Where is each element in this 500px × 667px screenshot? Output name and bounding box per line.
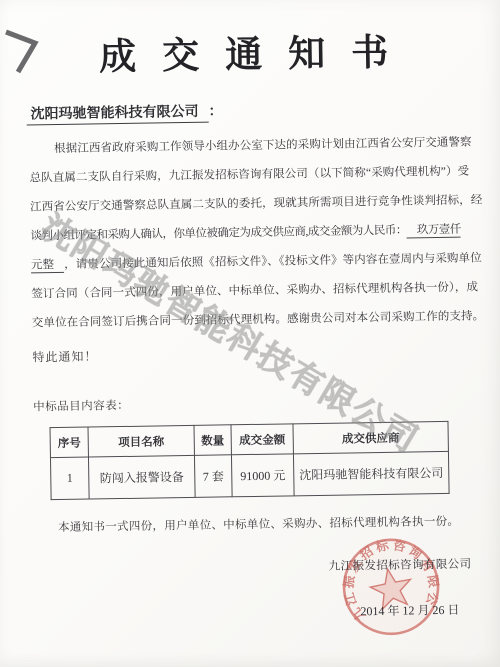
header-project-name: 项目名称	[88, 425, 194, 457]
page-title: 成交通知书	[0, 20, 496, 82]
amount-in-words-part2: 元整	[31, 259, 64, 274]
amount-in-words-part1: 玖万壹仟	[407, 224, 461, 239]
body-line-5-text: ，请贵公司接此通知后依照《招标文件》、《投标文件》等内容在壹周内与采购单位	[64, 252, 482, 271]
award-table: 序号 项目名称 数量 成交金额 成交供应商 1 防闯入报警设备 7 套 9100…	[50, 421, 450, 500]
recipient-line: 沈阳玛驰智能科技有限公司：	[26, 100, 222, 123]
cell-project-name: 防闯入报警设备	[88, 455, 195, 499]
issuer-signature: 九江振发招标咨询有限公司	[329, 556, 472, 574]
table-intro: 中标品目内容表：	[33, 397, 129, 415]
header-supplier: 成交供应商	[293, 421, 448, 453]
cell-supplier: 沈阳玛驰智能科技有限公司	[293, 451, 449, 495]
cell-quantity: 7 套	[194, 455, 232, 498]
body-paragraph: 根据江西省政府采购工作领导小组办公室下达的采购计划由江西省公安厅交通警察 总队直…	[29, 128, 482, 338]
body-line-7: 交单位在合同签订后携合同一份到招标代理机构。感谢贵公司对本公司采购工作的支持。	[32, 302, 482, 338]
header-serial-number: 序号	[50, 427, 88, 458]
header-amount: 成交金额	[231, 424, 293, 455]
stamp-seal-icon: 九江振发招标咨询有限公司	[332, 529, 452, 646]
cell-amount: 91000 元	[231, 454, 294, 497]
recipient-company-name: 沈阳玛驰智能科技有限公司	[26, 105, 208, 126]
cell-serial-number: 1	[50, 457, 89, 500]
table-row: 1 防闯入报警设备 7 套 91000 元 沈阳玛驰智能科技有限公司	[50, 451, 449, 499]
notice-line: 特此通知！	[32, 347, 97, 365]
recipient-colon: ：	[208, 104, 222, 119]
scanned-document-page: 沈阳玛驰智能科技有限公司 成交通知书 沈阳玛驰智能科技有限公司： 根据江西省政府…	[0, 0, 500, 667]
header-quantity: 数量	[194, 425, 231, 456]
body-line-4-text: 谈判小组评定和采购人确认，你单位被确定为成交供应商,成交金额为人民币：	[30, 225, 407, 243]
document-sheet: 沈阳玛驰智能科技有限公司 成交通知书 沈阳玛驰智能科技有限公司： 根据江西省政府…	[0, 0, 500, 667]
corner-fold-mark	[2, 20, 52, 80]
issue-date: 2014 年 12 月 26 日	[360, 601, 459, 620]
